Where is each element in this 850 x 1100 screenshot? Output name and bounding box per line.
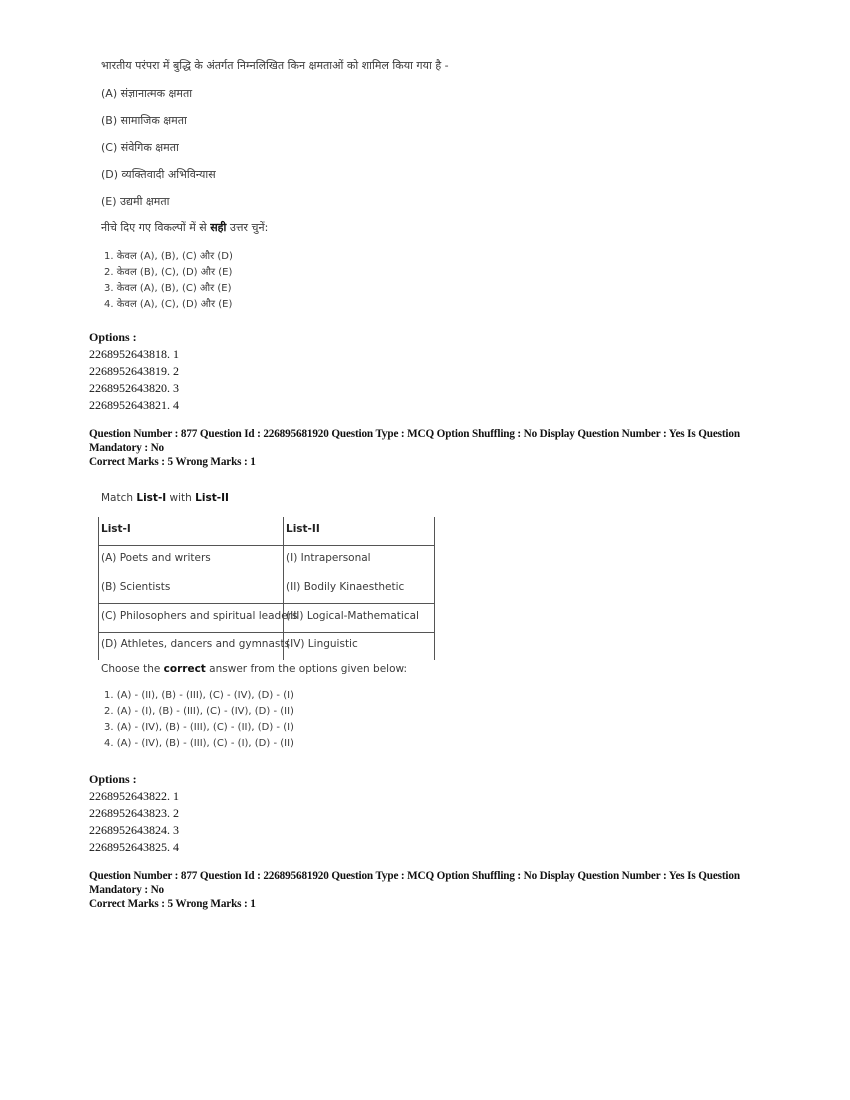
statement-b: (B) सामाजिक क्षमता: [101, 113, 187, 128]
instruction-text: नीचे दिए गए विकल्पों में से: [101, 221, 210, 234]
meta-line-2: Mandatory : No: [89, 883, 749, 897]
table-border-right: [434, 517, 435, 660]
choice-4: 4. (A) - (IV), (B) - (III), (C) - (I), (…: [104, 738, 294, 749]
meta-line-1: Question Number : 877 Question Id : 2268…: [89, 869, 749, 883]
option-id-4: 2268952643825. 4: [89, 839, 179, 856]
question-meta-2: Question Number : 877 Question Id : 2268…: [89, 869, 749, 911]
option-id-1: 2268952643822. 1: [89, 788, 179, 805]
choice-1: 1. (A) - (II), (B) - (III), (C) - (IV), …: [104, 690, 294, 701]
table-cell-ii: (II) Bodily Kinaesthetic: [286, 581, 404, 593]
choice-1: 1. केवल (A), (B), (C) और (D): [104, 248, 233, 262]
table-border-left: [98, 517, 99, 660]
meta-line-3: Correct Marks : 5 Wrong Marks : 1: [89, 897, 749, 911]
choice-2: 2. केवल (B), (C), (D) और (E): [104, 264, 232, 278]
choose-emphasis: correct: [164, 663, 206, 675]
question-1-instruction: नीचे दिए गए विकल्पों में से सही उत्तर चु…: [101, 220, 268, 235]
document-page: भारतीय परंपरा में बुद्धि के अंतर्गत निम्…: [0, 0, 850, 1100]
table-cell-iii: (III) Logical-Mathematical: [286, 610, 419, 622]
question-2-intro: Match List-I with List-II: [101, 492, 229, 504]
question-2-instruction: Choose the correct answer from the optio…: [101, 663, 407, 675]
table-cell-iv: (IV) Linguistic: [286, 638, 358, 650]
meta-line-3: Correct Marks : 5 Wrong Marks : 1: [89, 455, 749, 469]
option-id-2: 2268952643823. 2: [89, 805, 179, 822]
options-label: Options :: [89, 329, 179, 346]
choose-text: Choose the: [101, 663, 164, 675]
meta-line-2: Mandatory : No: [89, 441, 749, 455]
question-2-options: Options : 2268952643822. 1 2268952643823…: [89, 771, 179, 856]
table-cell-d: (D) Athletes, dancers and gymnasts: [101, 638, 290, 650]
statement-c: (C) संवेगिक क्षमता: [101, 140, 179, 155]
instruction-emphasis: सही: [210, 221, 226, 234]
table-cell-a: (A) Poets and writers: [101, 552, 211, 564]
question-1-stem: भारतीय परंपरा में बुद्धि के अंतर्गत निम्…: [101, 58, 449, 73]
option-id-3: 2268952643824. 3: [89, 822, 179, 839]
table-rule-b: [98, 603, 435, 604]
statement-d: (D) व्यक्तिवादी अभिविन्यास: [101, 167, 216, 182]
match-table: List-I List-II (A) Poets and writers (I)…: [98, 517, 434, 660]
option-id-3: 2268952643820. 3: [89, 380, 179, 397]
option-id-4: 2268952643821. 4: [89, 397, 179, 414]
table-cell-i: (I) Intrapersonal: [286, 552, 371, 564]
table-rule-header: [98, 545, 435, 546]
options-label: Options :: [89, 771, 179, 788]
choice-4: 4. केवल (A), (C), (D) और (E): [104, 296, 232, 310]
choose-text-end: answer from the options given below:: [206, 663, 407, 675]
choice-3: 3. केवल (A), (B), (C) और (E): [104, 280, 232, 294]
question-meta-1: Question Number : 877 Question Id : 2268…: [89, 427, 749, 469]
table-header-list-1: List-I: [101, 523, 131, 535]
table-cell-b: (B) Scientists: [101, 581, 170, 593]
table-header-list-2: List-II: [286, 523, 320, 535]
table-rule-c: [98, 632, 435, 633]
intro-list-1: List-I: [136, 492, 166, 504]
intro-list-2: List-II: [195, 492, 229, 504]
intro-text: Match: [101, 492, 136, 504]
intro-text-mid: with: [166, 492, 195, 504]
statement-a: (A) संज्ञानात्मक क्षमता: [101, 86, 192, 101]
option-id-2: 2268952643819. 2: [89, 363, 179, 380]
choice-2: 2. (A) - (I), (B) - (III), (C) - (IV), (…: [104, 706, 294, 717]
option-id-1: 2268952643818. 1: [89, 346, 179, 363]
instruction-text-end: उत्तर चुनें:: [226, 221, 268, 234]
meta-line-1: Question Number : 877 Question Id : 2268…: [89, 427, 749, 441]
table-cell-c: (C) Philosophers and spiritual leaders: [101, 610, 297, 622]
statement-e: (E) उद्यमी क्षमता: [101, 194, 170, 209]
question-1-options: Options : 2268952643818. 1 2268952643819…: [89, 329, 179, 414]
choice-3: 3. (A) - (IV), (B) - (III), (C) - (II), …: [104, 722, 294, 733]
